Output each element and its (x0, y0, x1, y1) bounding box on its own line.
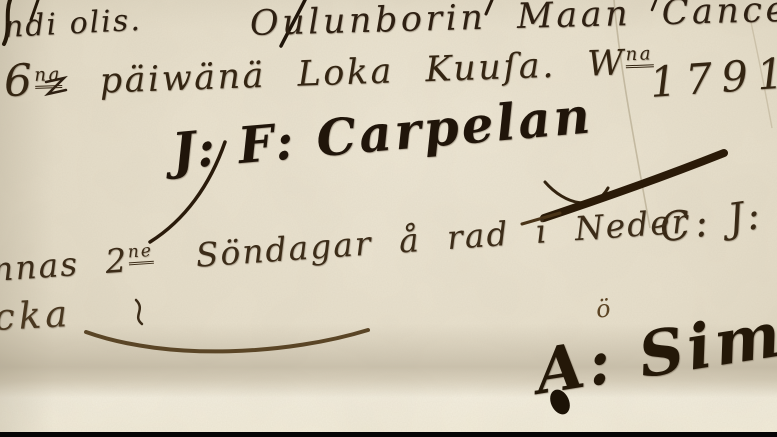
line3-superscript: ne (127, 243, 154, 266)
year-value: 1791 (648, 48, 777, 107)
text-line1-left: ndi olis. (3, 3, 142, 45)
day-number: 6 (3, 55, 35, 107)
scan-border-bottom (0, 432, 777, 437)
text-line4-cka: cka (0, 292, 72, 339)
manuscript-photo: ndi olis. Oulunborin Maan Cance 6na päiw… (0, 0, 777, 437)
day-ordinal-superscript: na (34, 66, 62, 89)
